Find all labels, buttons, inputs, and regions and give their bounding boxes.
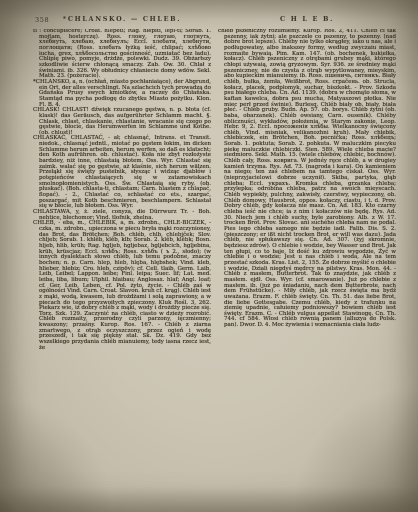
paragraph-continuation: ti : concupiscere; Croat. hlepeti; Rag. … [33, 29, 211, 80]
running-head-right: C H L E B. [218, 15, 396, 23]
entry-chleb: CHLEB, - eba, m., CHLEBIK, a, m. zdrobn.… [33, 221, 211, 351]
text-column-right: chléb pszeniczny rozumiemy. Kurop. Ros. … [218, 29, 396, 474]
entry-chlask-chlast: CHLASK! CHLAST! dźwięk rzucanego gęstwa,… [33, 108, 211, 136]
scanned-page: 358 *CHLANSKO. — CHLEB. C H L E B. ti : … [0, 0, 418, 512]
running-head-left: *CHLANSKO. — CHLEB. [33, 15, 211, 23]
text-column-left: ti : concupiscere; Croat. hlepeti; Rag. … [33, 29, 211, 474]
entry-chlansko: *CHLANSKO, a, n. (ochłań, miasto pochłan… [33, 80, 211, 108]
text-columns: ti : concupiscere; Croat. hlepeti; Rag. … [33, 29, 396, 474]
entry-chlaskac-chlastac: CHLASKAĆ, CHLASTAĆ, - ał; chlasnąć, Intr… [33, 136, 211, 210]
page-header: 358 *CHLANSKO. — CHLEB. C H L E B. [33, 15, 396, 26]
paragraph-chleb-continuation: chléb pszeniczny rozumiemy. Kurop. Ros. … [218, 29, 396, 329]
